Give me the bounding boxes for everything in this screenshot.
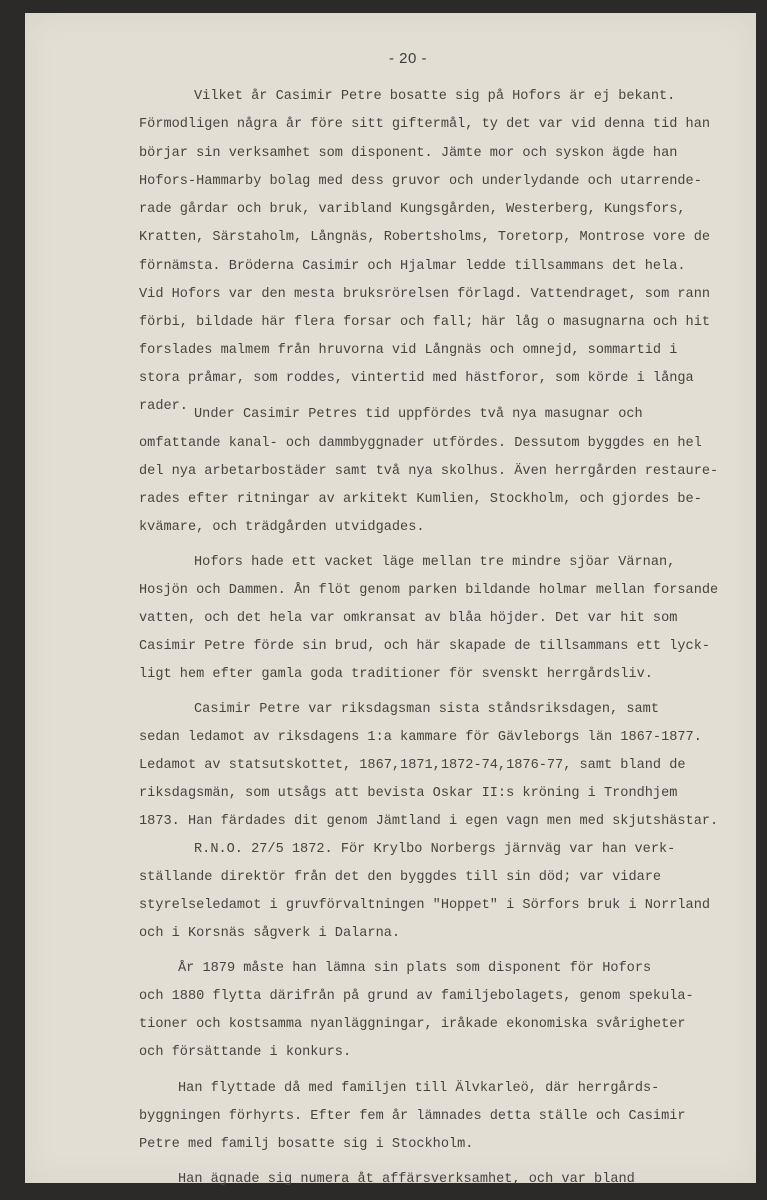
text-line: Petre med familj bosatte sig i Stockholm… — [139, 1132, 473, 1158]
text-line: Hofors hade ett vacket läge mellan tre m… — [194, 550, 675, 576]
text-line: sedan ledamot av riksdagens 1:a kammare … — [139, 725, 702, 751]
text-line: Ledamot av statsutskottet, 1867,1871,187… — [139, 753, 686, 779]
text-line: kvämare, och trädgården utvidgades. — [139, 515, 425, 541]
document-page: - 20 - Vilket år Casimir Petre bosatte s… — [25, 13, 756, 1183]
text-line: och i Korsnäs sågverk i Dalarna. — [139, 921, 400, 947]
text-line: och 1880 flytta därifrån på grund av fam… — [139, 984, 694, 1010]
text-line: förnämsta. Bröderna Casimir och Hjalmar … — [139, 254, 686, 280]
text-line: förbi, bildade här flera forsar och fall… — [139, 310, 710, 336]
text-line: Casimir Petre var riksdagsman sista stån… — [194, 697, 659, 723]
text-line: forslades malmem från hruvorna vid Långn… — [139, 338, 677, 364]
text-line: byggningen förhyrts. Efter fem år lämnad… — [139, 1104, 686, 1130]
text-line: Hosjön och Dammen. Ån flöt genom parken … — [139, 578, 718, 604]
text-line: R.N.O. 27/5 1872. För Krylbo Norbergs jä… — [194, 837, 675, 863]
text-line: Förmodligen några år före sitt giftermål… — [139, 112, 710, 138]
text-line: rader. — [139, 394, 188, 420]
text-line: ligt hem efter gamla goda traditioner fö… — [139, 662, 653, 688]
text-line: omfattande kanal- och dammbyggnader utfö… — [139, 431, 702, 457]
page-number: - 20 - — [25, 50, 756, 67]
text-line: tioner och kostsamma nyanläggningar, irå… — [139, 1012, 686, 1038]
text-line: Hofors-Hammarby bolag med dess gruvor oc… — [139, 169, 702, 195]
text-line: Under Casimir Petres tid uppfördes två n… — [194, 402, 643, 428]
text-line: Vilket år Casimir Petre bosatte sig på H… — [194, 84, 675, 110]
text-line: stora pråmar, som roddes, vintertid med … — [139, 366, 694, 392]
text-line: Han ägnade sig numera åt affärsverksamhe… — [178, 1167, 635, 1193]
text-line: 1873. Han färdades dit genom Jämtland i … — [139, 809, 718, 835]
text-line: År 1879 måste han lämna sin plats som di… — [178, 956, 651, 982]
text-line: rades efter ritningar av arkitekt Kumlie… — [139, 487, 702, 513]
text-line: Han flyttade då med familjen till Älvkar… — [178, 1076, 659, 1102]
text-line: ställande direktör från det den byggdes … — [139, 865, 661, 891]
text-line: riksdagsmän, som utsågs att bevista Oska… — [139, 781, 677, 807]
text-line: börjar sin verksamhet som disponent. Jäm… — [139, 141, 677, 167]
text-line: rade gårdar och bruk, varibland Kungsgår… — [139, 197, 686, 223]
text-line: Kratten, Särstaholm, Långnäs, Robertshol… — [139, 225, 710, 251]
text-line: och försättande i konkurs. — [139, 1040, 351, 1066]
text-line: styrelseledamot i gruvförvaltningen "Hop… — [139, 893, 710, 919]
text-line: Casimir Petre förde sin brud, och här sk… — [139, 634, 710, 660]
text-line: del nya arbetarbostäder samt två nya sko… — [139, 459, 718, 485]
text-line: vatten, och det hela var omkransat av bl… — [139, 606, 677, 632]
text-line: Vid Hofors var den mesta bruksrörelsen f… — [139, 282, 710, 308]
